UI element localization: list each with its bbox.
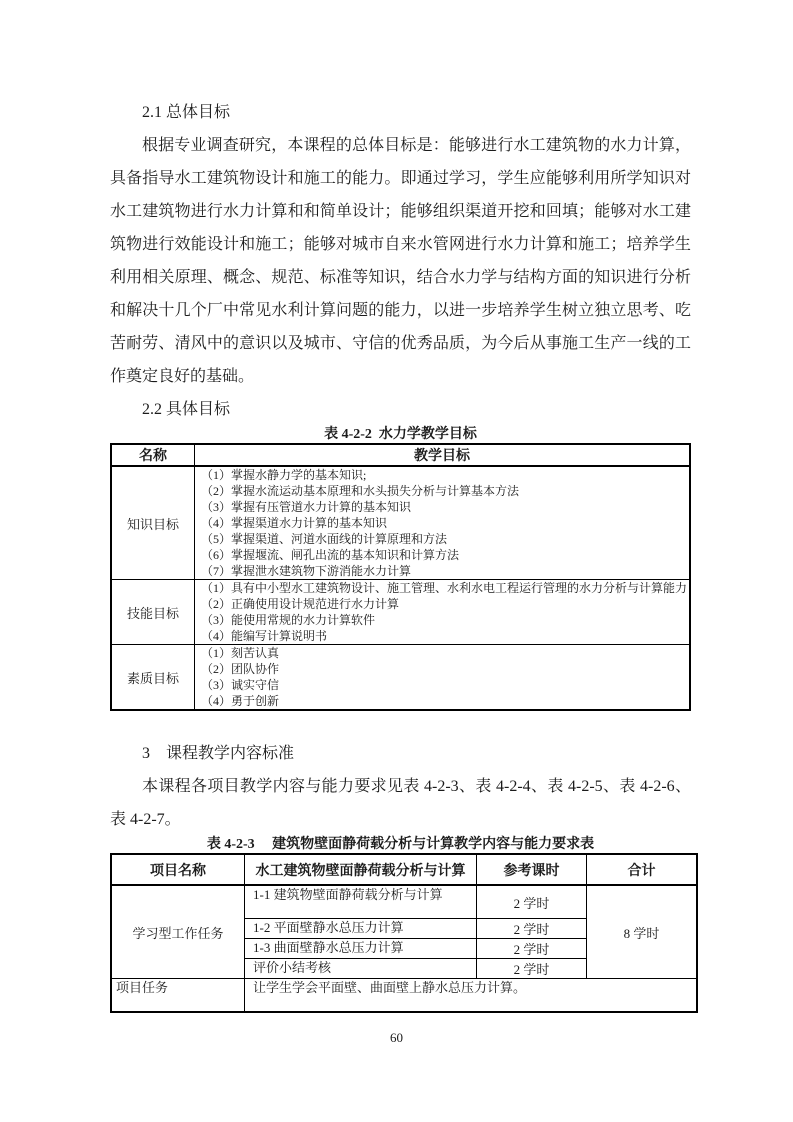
table-row-project-task: 项目任务 让学生学会平面壁、曲面壁上静水总压力计算。 [111,979,697,1013]
task-name: 1-2 平面壁静水总压力计算 [245,919,477,939]
goal-item: （3）掌握有压管道水力计算的基本知识 [201,499,687,515]
task-hours: 2 学时 [477,959,587,979]
goal-item: （2）掌握水流运动基本原理和水头损失分析与计算基本方法 [201,483,687,499]
table-project-requirements: 项目名称 水工建筑物壁面静荷载分析与计算 参考课时 合计 学习型工作任务 1-1… [110,853,698,1013]
paragraph-content-standard: 本课程各项目教学内容与能力要求见表 4-2-3、表 4-2-4、表 4-2-5、… [110,770,691,836]
table-row-quality-goals: 素质目标 （1）刻苦认真 （2）团队协作 （3）诚实守信 （4）勇于创新 [111,645,690,711]
knowledge-goal-items: （1）掌握水静力学的基本知识; （2）掌握水流运动基本原理和水头损失分析与计算基… [195,466,691,580]
table-teaching-goals: 名称 教学目标 知识目标 （1）掌握水静力学的基本知识; （2）掌握水流运动基本… [110,443,691,711]
table2-header-total: 合计 [587,854,698,885]
task-name: 1-3 曲面壁静水总压力计算 [245,939,477,959]
table1-header-goal: 教学目标 [195,444,691,466]
heading-specific-goal: 2.2 具体目标 [110,393,691,426]
task-name: 1-1 建筑物壁面静荷载分析与计算 [245,885,477,919]
task-hours: 2 学时 [477,885,587,919]
goal-item: （6）掌握堰流、闸孔出流的基本知识和计算方法 [201,547,687,563]
paragraph-overall-goal: 根据专业调查研究，本课程的总体目标是：能够进行水工建筑物的水力计算，具备指导水工… [110,129,691,393]
goal-item: （3）能使用常规的水力计算软件 [201,612,687,628]
goal-item: （1）刻苦认真 [201,645,687,661]
heading-overall-goal: 2.1 总体目标 [110,96,691,129]
heading-content-standard: 3 课程教学内容标准 [110,737,691,770]
goal-item: （3）诚实守信 [201,677,687,693]
document-page: 2.1 总体目标 根据专业调查研究，本课程的总体目标是：能够进行水工建筑物的水力… [0,0,793,1122]
project-task-label: 项目任务 [111,979,245,1013]
page-number: 60 [0,1030,793,1046]
table-row-task-1: 学习型工作任务 1-1 建筑物壁面静荷载分析与计算 2 学时 8 学时 [111,885,697,919]
total-hours: 8 学时 [587,885,698,979]
goal-item: （4）能编写计算说明书 [201,628,687,644]
skill-goal-items: （1）具有中小型水工建筑物设计、施工管理、水利水电工程运行管理的水力分析与计算能… [195,580,691,645]
task-group-label: 学习型工作任务 [111,885,245,979]
table2-header-analysis: 水工建筑物壁面静荷载分析与计算 [245,854,477,885]
goal-item: （5）掌握渠道、河道水面线的计算原理和方法 [201,531,687,547]
row-label-skill: 技能目标 [111,580,195,645]
table2-header-row: 项目名称 水工建筑物壁面静荷载分析与计算 参考课时 合计 [111,854,697,885]
quality-goal-items: （1）刻苦认真 （2）团队协作 （3）诚实守信 （4）勇于创新 [195,645,691,711]
goal-item: （4）勇于创新 [201,693,687,709]
table1-title: 表 4-2-2 水力学教学目标 [110,426,691,443]
goal-item: （7）掌握泄水建筑物下游消能水力计算 [201,563,687,579]
row-label-knowledge: 知识目标 [111,466,195,580]
table2-title: 表 4-2-3 建筑物壁面静荷载分析与计算教学内容与能力要求表 [110,836,691,853]
task-hours: 2 学时 [477,939,587,959]
goal-item: （2）团队协作 [201,661,687,677]
task-hours: 2 学时 [477,919,587,939]
table-row-knowledge-goals: 知识目标 （1）掌握水静力学的基本知识; （2）掌握水流运动基本原理和水头损失分… [111,466,690,580]
goal-item: （2）正确使用设计规范进行水力计算 [201,596,687,612]
table1-header-row: 名称 教学目标 [111,444,690,466]
table-row-skill-goals: 技能目标 （1）具有中小型水工建筑物设计、施工管理、水利水电工程运行管理的水力分… [111,580,690,645]
goal-item: （1）掌握水静力学的基本知识; [201,467,687,483]
project-task-value: 让学生学会平面壁、曲面壁上静水总压力计算。 [245,979,698,1013]
table1-header-name: 名称 [111,444,195,466]
goal-item: （1）具有中小型水工建筑物设计、施工管理、水利水电工程运行管理的水力分析与计算能… [201,580,687,596]
task-name: 评价小结考核 [245,959,477,979]
table2-header-project-name: 项目名称 [111,854,245,885]
row-label-quality: 素质目标 [111,645,195,711]
table2-header-ref-hours: 参考课时 [477,854,587,885]
goal-item: （4）掌握渠道水力计算的基本知识 [201,515,687,531]
